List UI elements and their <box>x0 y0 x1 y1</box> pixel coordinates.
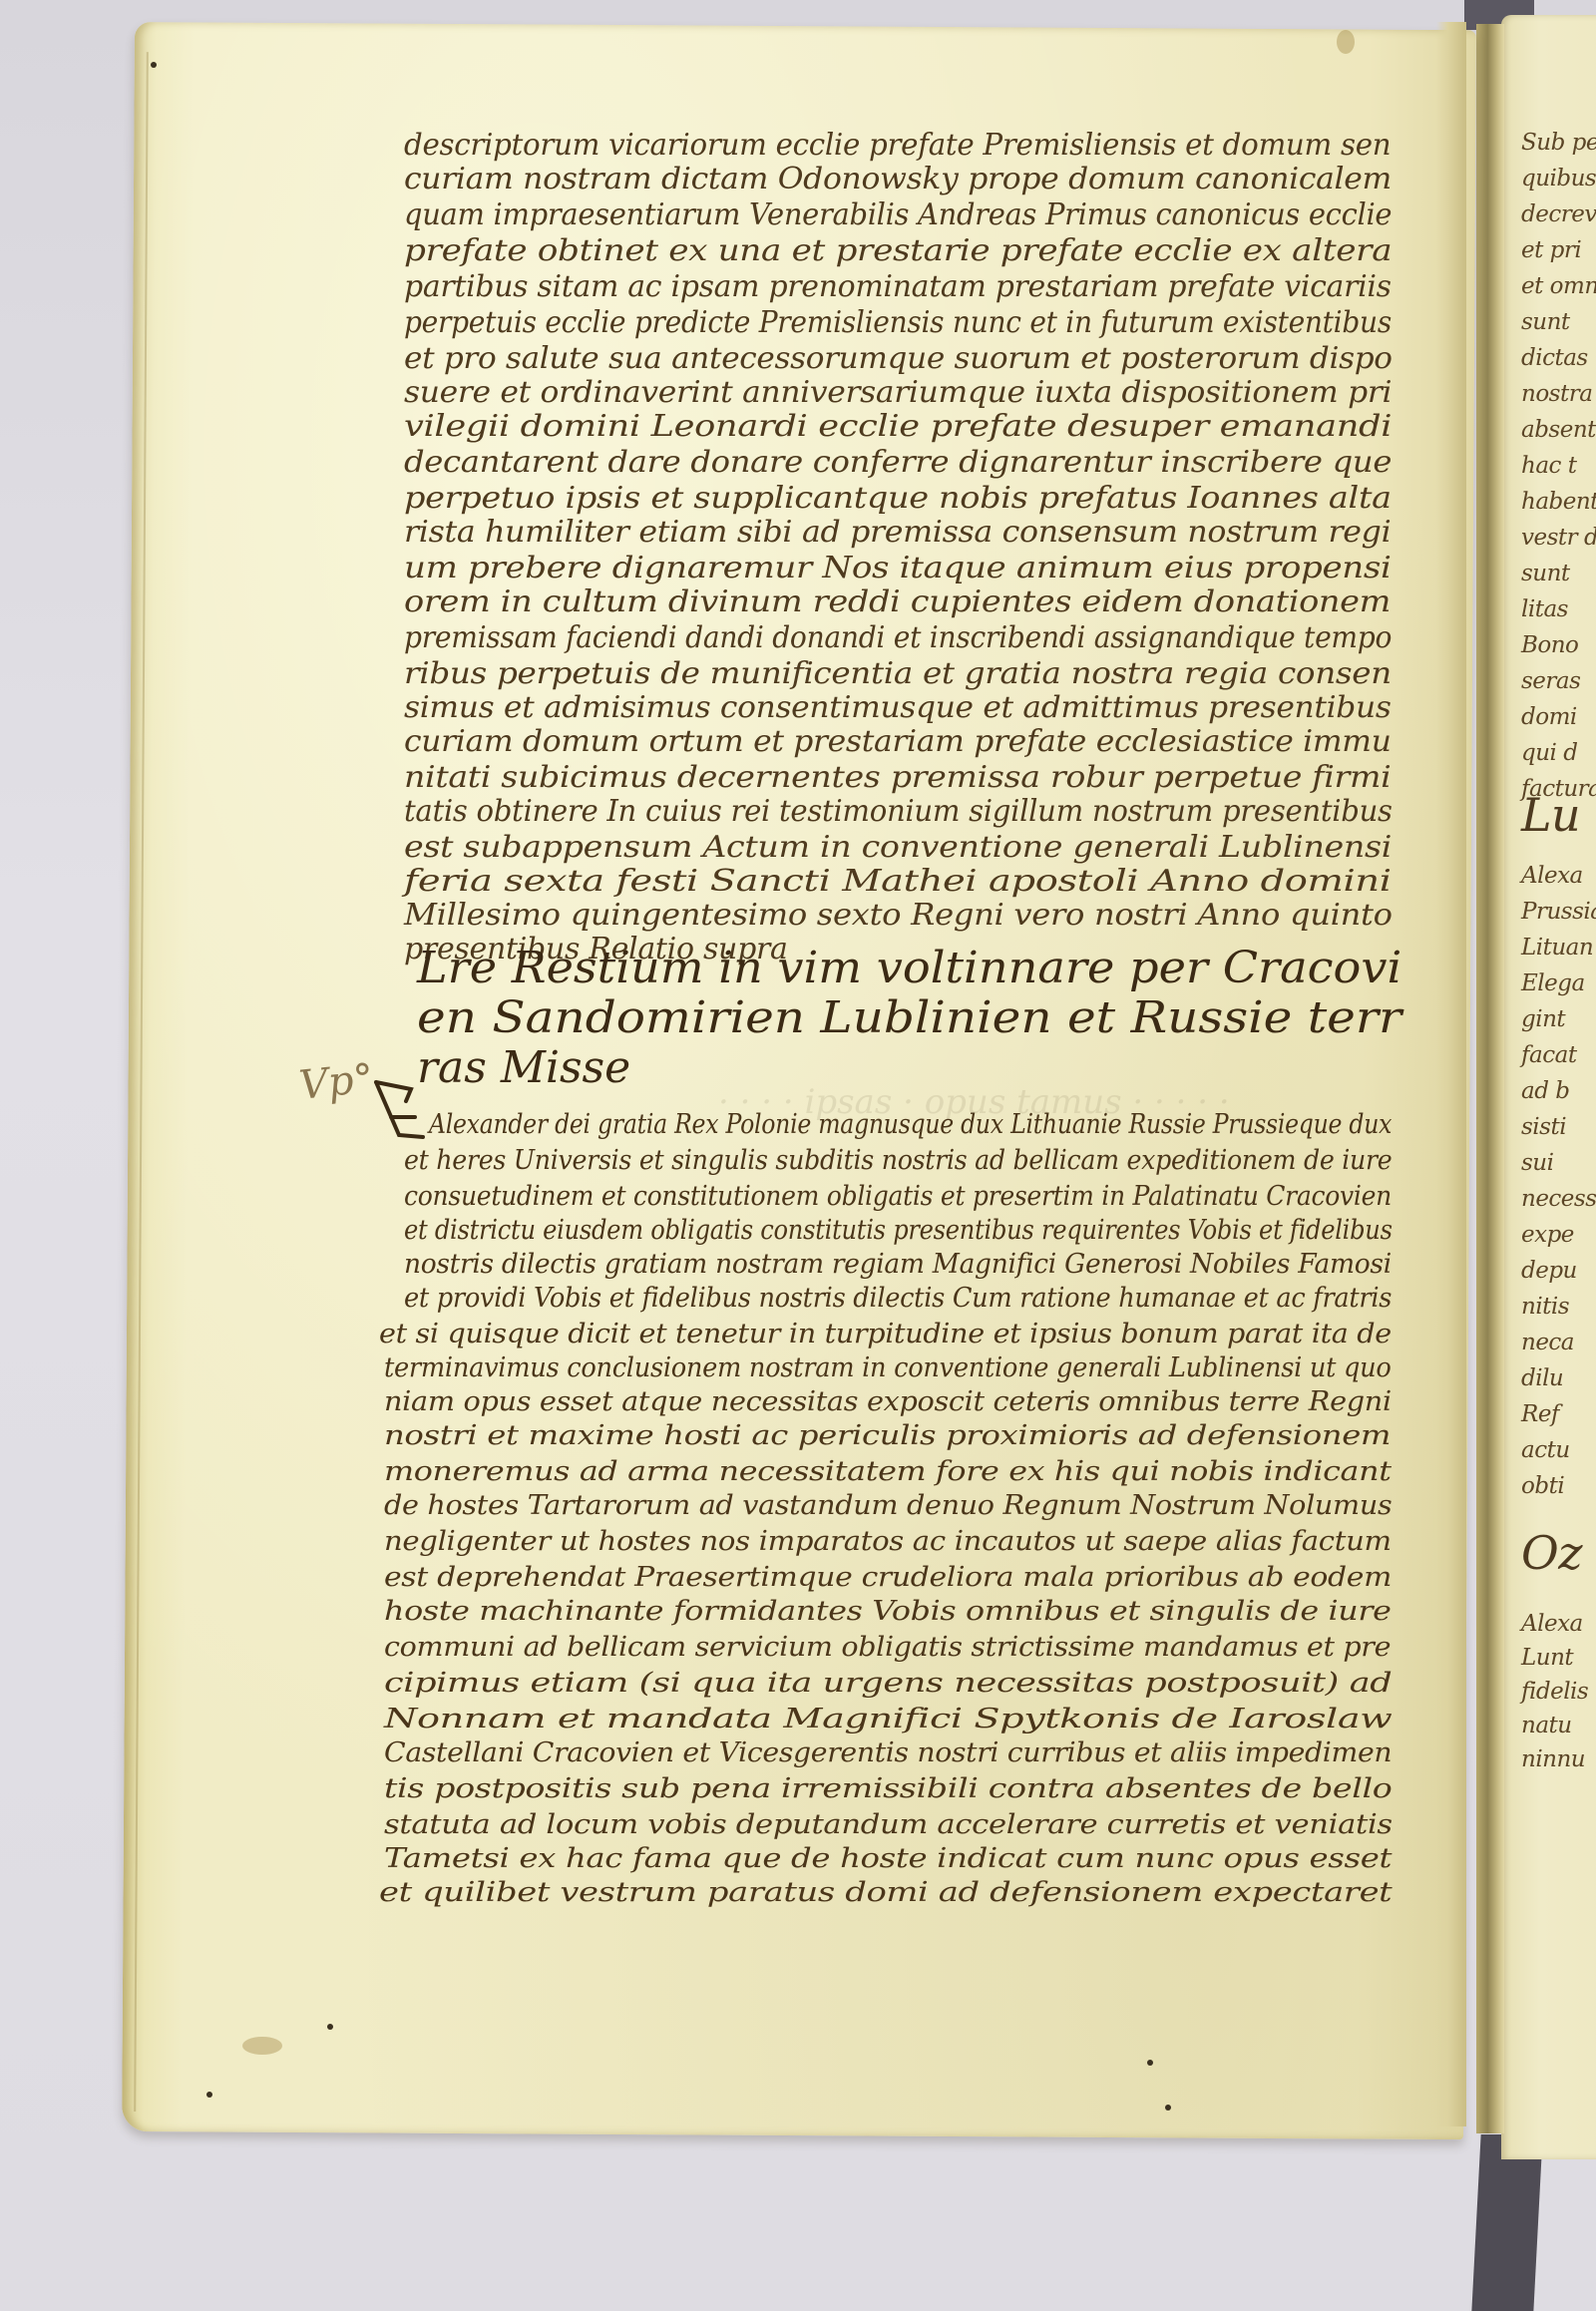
binding-fold <box>1476 24 1504 2133</box>
right-page-line: qui d <box>1521 740 1577 766</box>
text-line: perpetuis ecclie predicte Premisliensis … <box>404 305 1392 340</box>
right-page-line: natu <box>1521 1713 1572 1738</box>
right-page-line: seras <box>1521 668 1580 694</box>
stain <box>1337 30 1355 54</box>
text-line: decantarent dare donare conferre dignare… <box>404 445 1392 480</box>
right-page-line: dilu <box>1521 1365 1563 1391</box>
right-page-line: sunt <box>1521 309 1570 335</box>
right-page-line: Elega <box>1521 970 1585 996</box>
speck <box>327 2024 333 2030</box>
text-line: Castellani Cracovien et Vicesgerentis no… <box>384 1737 1392 1768</box>
right-page-line: Ref <box>1521 1401 1559 1427</box>
text-line: et si quisque dicit et tenetur in turpit… <box>379 1319 1392 1349</box>
text-line: moneremus ad arma necessitatem fore ex h… <box>384 1456 1392 1487</box>
text-line: nostri et maxime hosti ac periculis prox… <box>384 1420 1391 1451</box>
text-line: et pro salute sua antecessorumque suorum… <box>404 341 1393 376</box>
right-page-line: depu <box>1521 1258 1577 1284</box>
right-page-line: et pri <box>1521 237 1581 263</box>
right-page-line: Bono <box>1521 632 1578 658</box>
decorated-initial-icon <box>371 1077 426 1147</box>
text-line: Millesimo quingentesimo sexto Regni vero… <box>404 898 1393 933</box>
text-line: curiam nostram dictam Odonowsky prope do… <box>404 162 1392 196</box>
right-page-line: decrevi <box>1521 201 1596 227</box>
gutter-shadow <box>1436 22 1466 2126</box>
text-line: est deprehendat Praesertimque crudeliora… <box>384 1562 1392 1593</box>
right-page-line: absentes <box>1521 417 1596 443</box>
speck <box>206 2092 212 2098</box>
text-line: terminavimus conclusionem nostram in con… <box>384 1352 1392 1383</box>
heading-line: en Sandomirien Lublinien et Russie terr <box>417 992 1401 1043</box>
right-page-line: Sub pena <box>1521 130 1596 156</box>
right-page-line: ninnu <box>1521 1746 1585 1772</box>
heading-line: ras Misse <box>417 1042 630 1093</box>
spine-shadow-bottom <box>1471 2134 1542 2311</box>
stain <box>242 2037 282 2055</box>
right-page-line: necess <box>1521 1186 1596 1212</box>
text-line: nitati subicimus decernentes premissa ro… <box>404 760 1391 795</box>
right-page-line: sui <box>1521 1150 1553 1176</box>
text-line: niam opus esset atque necessitas exposci… <box>384 1386 1392 1417</box>
text-line: prefate obtinet ex una et prestarie pref… <box>404 233 1392 268</box>
text-line: perpetuo ipsis et supplicantque nobis pr… <box>404 481 1392 516</box>
right-page-line: fidelis <box>1521 1679 1588 1705</box>
right-page-line: Lunt <box>1521 1645 1573 1671</box>
margin-annotation: Vp° <box>297 1055 376 1109</box>
right-page-line: Alexa <box>1521 1611 1583 1637</box>
text-line: partibus sitam ac ipsam prenominatam pre… <box>404 269 1392 304</box>
right-page-line: ad b <box>1521 1078 1569 1104</box>
text-line: consuetudinem et constitutionem obligati… <box>404 1181 1392 1212</box>
right-page-line: actu <box>1521 1437 1570 1463</box>
text-line: Tametsi ex hac fama que de hoste indicat… <box>384 1843 1392 1874</box>
right-page-line: dictas <box>1521 345 1588 371</box>
speck <box>151 62 157 68</box>
text-line: cipimus etiam (si qua ita urgens necessi… <box>384 1668 1392 1699</box>
right-page-line: obti <box>1521 1473 1564 1499</box>
text-line: Nonnam et mandata Magnifici Spytkonis de… <box>384 1704 1392 1734</box>
right-page-line: sunt <box>1521 561 1570 586</box>
text-line: negligenter ut hostes nos imparatos ac i… <box>384 1526 1392 1557</box>
text-line: vilegii domini Leonardi ecclie prefate d… <box>404 409 1392 444</box>
right-page-line: Prussia <box>1521 899 1596 925</box>
text-line: communi ad bellicam servicium obligatis … <box>384 1632 1391 1663</box>
right-page-line: litas <box>1521 596 1568 622</box>
heading-line: Lre Restium in vim voltinnare per Cracov… <box>417 943 1401 993</box>
right-page-heading: Oz <box>1521 1526 1582 1580</box>
right-page-line: Alexa <box>1521 863 1583 889</box>
text-line: tis postpositis sub pena irremissibili c… <box>384 1773 1392 1804</box>
text-line: et quilibet vestrum paratus domi ad defe… <box>379 1877 1392 1908</box>
right-folio-fragment: Sub penaquibusdecreviet priet omnsuntdic… <box>1501 15 1596 2159</box>
text-line: orem in cultum divinum reddi cupientes e… <box>404 584 1391 619</box>
text-line: de hostes Tartarorum ad vastandum denuo … <box>384 1490 1392 1521</box>
text-line: nostris dilectis gratiam nostram regiam … <box>404 1249 1392 1280</box>
right-page-line: expe <box>1521 1222 1574 1248</box>
text-line: um prebere dignaremur Nos itaque animum … <box>404 551 1392 585</box>
text-line: simus et admisimus consentimusque et adm… <box>404 690 1392 725</box>
right-page-line: habent <box>1521 489 1596 515</box>
text-line: quam impraesentiarum Venerabilis Andreas… <box>404 197 1392 232</box>
right-page-line: nitis <box>1521 1294 1569 1320</box>
text-line: hoste machinante formidantes Vobis omnib… <box>384 1596 1392 1627</box>
right-page-line: sisti <box>1521 1114 1566 1140</box>
right-page-line: quibus <box>1521 166 1596 192</box>
right-page-line: et omn <box>1521 273 1596 299</box>
page-edge-line <box>134 52 149 2112</box>
right-page-line: facat <box>1521 1042 1577 1068</box>
text-line: et heres Universis et singulis subditis … <box>404 1145 1392 1176</box>
text-line: curiam domum ortum et prestariam prefate… <box>404 724 1392 759</box>
right-page-line: domi <box>1521 704 1577 730</box>
right-page-line: nostra Ar <box>1521 381 1596 407</box>
right-page-line: Lituan <box>1521 935 1593 961</box>
text-line: statuta ad locum vobis deputandum accele… <box>384 1809 1393 1840</box>
text-line: et districtu eiusdem obligatis constitut… <box>404 1215 1393 1246</box>
text-line: et providi Vobis et fidelibus nostris di… <box>404 1283 1392 1314</box>
speck <box>1147 2060 1153 2066</box>
right-page-line: hac t <box>1521 453 1576 479</box>
text-line: rista humiliter etiam sibi ad premissa c… <box>404 515 1391 550</box>
text-line: ribus perpetuis de munificentia et grati… <box>404 656 1392 691</box>
right-page-line: vestr di <box>1521 525 1596 551</box>
text-line: tatis obtinere In cuius rei testimonium … <box>404 794 1393 829</box>
text-line: Alexander dei gratia Rex Polonie magnusq… <box>429 1109 1392 1140</box>
speck <box>1165 2105 1171 2111</box>
text-line: premissam faciendi dandi donandi et insc… <box>404 620 1392 655</box>
right-page-line: gint <box>1521 1006 1565 1032</box>
right-page-heading: Lu <box>1521 788 1580 842</box>
text-line: suere et ordinaverint anniversariumque i… <box>404 375 1392 410</box>
text-line: feria sexta festi Sancti Mathei apostoli… <box>404 864 1392 899</box>
right-page-line: neca <box>1521 1330 1574 1355</box>
text-line: est subappensum Actum in conventione gen… <box>404 830 1392 865</box>
text-line: descriptorum vicariorum ecclie prefate P… <box>404 128 1391 163</box>
